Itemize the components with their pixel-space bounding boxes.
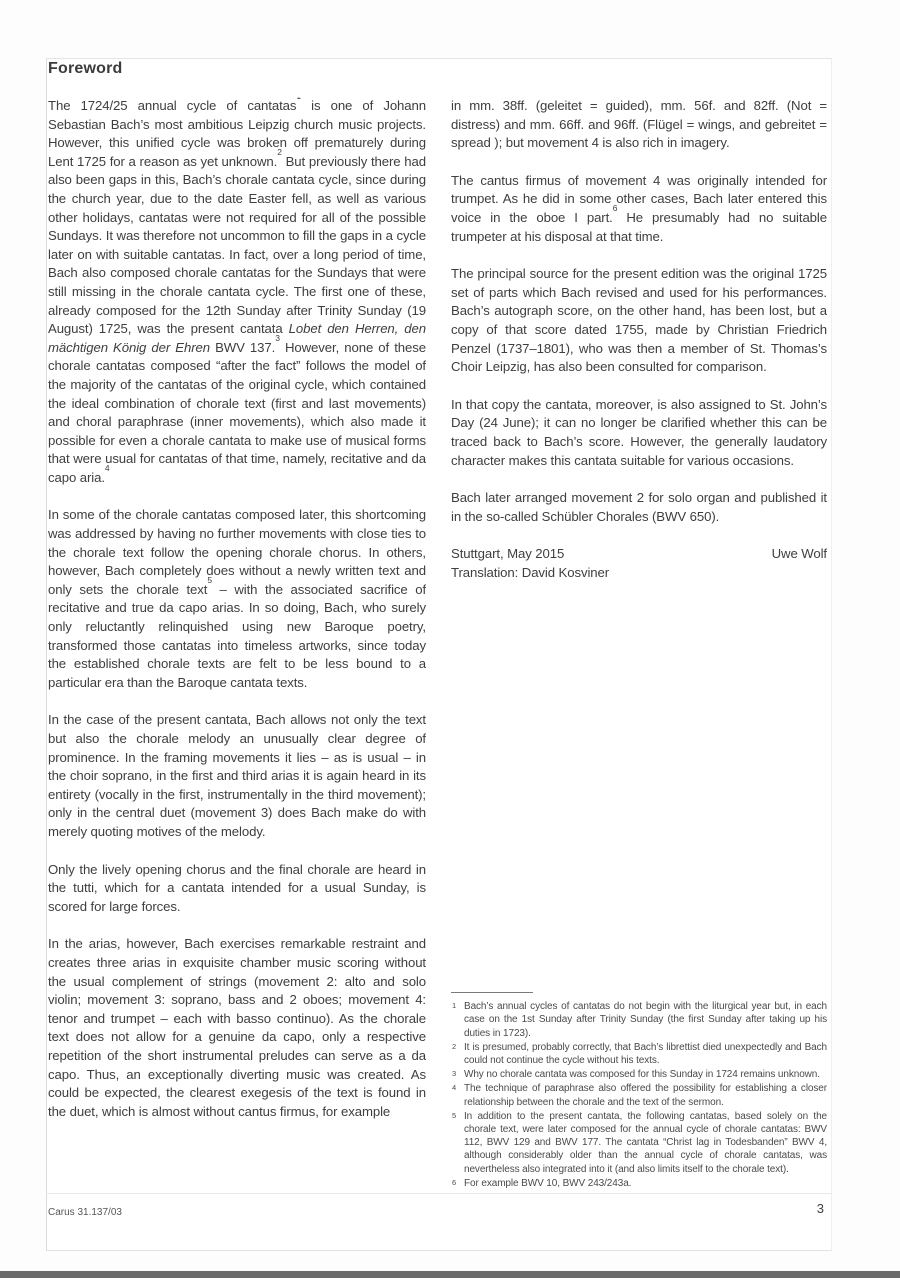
footnote-number: 1 — [452, 999, 456, 1012]
footnote-text: It is presumed, probably correctly, that… — [464, 1042, 827, 1066]
paragraph: In the case of the present cantata, Bach… — [48, 711, 426, 841]
footnotes-block: 1Bach’s annual cycles of cantatas do not… — [451, 992, 827, 1191]
paragraph: The 1724/25 annual cycle of cantatas1 is… — [48, 97, 426, 487]
signoff-place-date: Stuttgart, May 2015 — [451, 545, 564, 564]
footnote-list: 1Bach’s annual cycles of cantatas do not… — [451, 1000, 827, 1190]
footnote: 6For example BWV 10, BWV 243/243a. — [451, 1177, 827, 1190]
footnote: 4The technique of paraphrase also offere… — [451, 1082, 827, 1108]
footnote-text: Bach’s annual cycles of cantatas do not … — [464, 1001, 827, 1038]
paragraph: Bach later arranged movement 2 for solo … — [451, 489, 827, 526]
left-column: The 1724/25 annual cycle of cantatas1 is… — [48, 97, 426, 1191]
text-area-bottom-line — [46, 1193, 832, 1194]
signoff-block: Stuttgart, May 2015 Uwe Wolf Translation… — [451, 545, 827, 582]
right-column-paragraphs: in mm. 38ff. (geleitet = guided), mm. 56… — [451, 97, 827, 545]
footnote-number: 5 — [452, 1109, 456, 1122]
signoff-row: Stuttgart, May 2015 Uwe Wolf — [451, 545, 827, 564]
scan-edge-bar — [0, 1271, 900, 1278]
footnote: 3Why no chorale cantata was composed for… — [451, 1068, 827, 1081]
footnote: 2It is presumed, probably correctly, tha… — [451, 1041, 827, 1067]
page-number: 3 — [817, 1201, 824, 1216]
footnote-text: Why no chorale cantata was composed for … — [464, 1069, 820, 1080]
paragraph: In that copy the cantata, moreover, is a… — [451, 396, 827, 470]
paragraph: The principal source for the present edi… — [451, 265, 827, 377]
signoff-translation: Translation: David Kosviner — [451, 564, 827, 583]
footnote: 1Bach’s annual cycles of cantatas do not… — [451, 1000, 827, 1040]
footnote-text: The technique of paraphrase also offered… — [464, 1083, 827, 1107]
paragraph: The cantus firmus of movement 4 was orig… — [451, 172, 827, 246]
right-column: in mm. 38ff. (geleitet = guided), mm. 56… — [451, 97, 827, 1191]
catalog-number: Carus 31.137/03 — [48, 1207, 122, 1218]
signoff-author: Uwe Wolf — [772, 545, 827, 564]
paragraph: In the arias, however, Bach exercises re… — [48, 935, 426, 1121]
footnote-number: 4 — [452, 1081, 456, 1094]
footnote-number: 3 — [452, 1067, 456, 1080]
footnote-number: 6 — [452, 1176, 456, 1189]
footnote-rule — [451, 992, 533, 993]
footnote-number: 2 — [452, 1040, 456, 1053]
paragraph: In some of the chorale cantatas composed… — [48, 506, 426, 692]
footnote-text: For example BWV 10, BWV 243/243a. — [464, 1178, 631, 1189]
paragraph: in mm. 38ff. (geleitet = guided), mm. 56… — [451, 97, 827, 153]
page-title: Foreword — [48, 56, 123, 82]
paragraph: Only the lively opening chorus and the f… — [48, 861, 426, 917]
footnote: 5In addition to the present cantata, the… — [451, 1110, 827, 1176]
footnote-text: In addition to the present cantata, the … — [464, 1111, 827, 1175]
